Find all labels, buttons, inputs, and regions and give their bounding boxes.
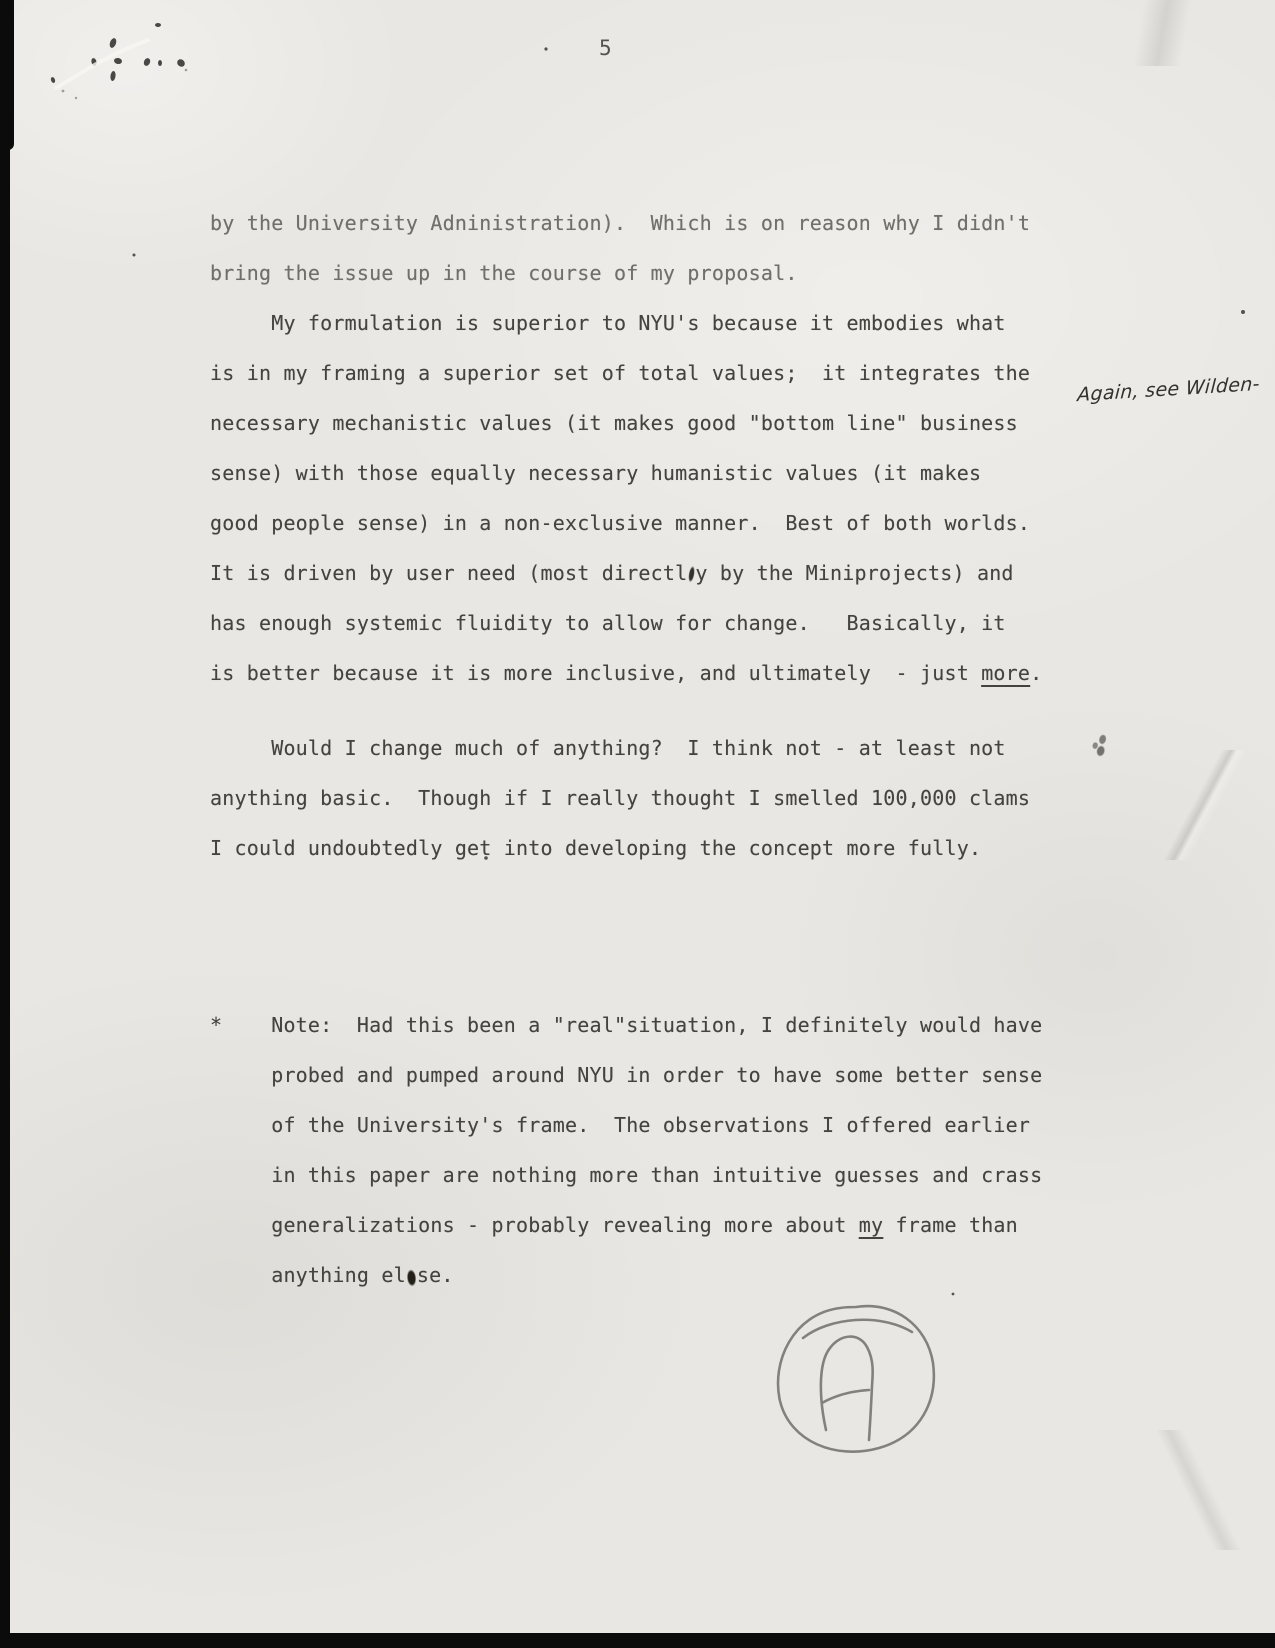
typed-line: anything basic. Though if I really thoug… bbox=[210, 773, 1060, 823]
typed-segment: Would I change much of anything? I think… bbox=[210, 736, 1006, 760]
scanned-document-page: 5 by the University Adninistration bbox=[0, 0, 1275, 1648]
paper-crease bbox=[1130, 750, 1275, 860]
typed-line: generalizations - probably revealing mor… bbox=[210, 1200, 1060, 1250]
typed-line: * Note: Had this been a "real"situation,… bbox=[210, 1000, 1060, 1050]
typed-line: bring the issue up in the course of my p… bbox=[210, 248, 1060, 298]
typed-segment: is in my framing a superior set of total… bbox=[210, 361, 1030, 385]
typed-line: Would I change much of anything? I think… bbox=[210, 723, 1060, 773]
typed-segment: se. bbox=[417, 1263, 454, 1287]
typed-segment: It is driven by user need (most directl bbox=[210, 561, 687, 585]
paragraph: Would I change much of anything? I think… bbox=[210, 723, 1060, 873]
typed-line: probed and pumped around NYU in order to… bbox=[210, 1050, 1060, 1100]
typed-segment: frame than bbox=[883, 1213, 1018, 1237]
typed-line: It is driven by user need (most directly… bbox=[210, 548, 1060, 598]
paper-crease bbox=[1050, 0, 1275, 66]
typed-segment: is better because it is more inclusive, … bbox=[210, 661, 981, 685]
paragraph: * Note: Had this been a "real"situation,… bbox=[210, 1000, 1060, 1300]
ink-specks bbox=[36, 18, 236, 108]
typed-line: anything else. bbox=[210, 1250, 1060, 1300]
typed-segment: probed and pumped around NYU in order to… bbox=[210, 1063, 1042, 1087]
grade-circle-double-stroke bbox=[803, 1320, 912, 1338]
typed-line: is in my framing a superior set of total… bbox=[210, 348, 1060, 398]
typed-segment: has enough systemic fluidity to allow fo… bbox=[210, 611, 1006, 635]
typed-segment: anything basic. Though if I really thoug… bbox=[210, 786, 1030, 810]
typed-line: has enough systemic fluidity to allow fo… bbox=[210, 598, 1060, 648]
typed-segment: I could undoubtedly get into developing … bbox=[210, 836, 981, 860]
typed-line: of the University's frame. The observati… bbox=[210, 1100, 1060, 1150]
grade-circle-stroke bbox=[778, 1306, 934, 1452]
typed-segment: y by the Miniprojects) and bbox=[695, 561, 1013, 585]
scan-edge-left bbox=[0, 0, 10, 1648]
typed-text: by the University Adninistration). Which… bbox=[210, 198, 1060, 1300]
typed-line: by the University Adninistration). Which… bbox=[210, 198, 1060, 248]
scan-edge-bottom bbox=[0, 1633, 1275, 1648]
typed-segment: bring the issue up in the course of my p… bbox=[210, 261, 798, 285]
scan-edge-left-top bbox=[0, 0, 14, 150]
typed-segment: My formulation is superior to NYU's beca… bbox=[210, 311, 1006, 335]
typed-line: My formulation is superior to NYU's beca… bbox=[210, 298, 1060, 348]
handwritten-margin-note: Again, see Wilden- bbox=[1077, 371, 1275, 406]
typed-line: I could undoubtedly get into developing … bbox=[210, 823, 1060, 873]
underlined-word: my bbox=[859, 1213, 883, 1237]
typed-segment: . bbox=[1030, 661, 1042, 685]
typed-segment: sense) with those equally necessary huma… bbox=[210, 461, 981, 485]
circled-a-icon bbox=[770, 1298, 948, 1463]
typed-line: is better because it is more inclusive, … bbox=[210, 648, 1060, 698]
paragraph: by the University Adninistration). Which… bbox=[210, 198, 1060, 698]
grade-letter-a-crossbar bbox=[822, 1390, 869, 1403]
typed-segment: of the University's frame. The observati… bbox=[210, 1113, 1030, 1137]
underlined-word: more bbox=[981, 661, 1030, 685]
typed-line: good people sense) in a non-exclusive ma… bbox=[210, 498, 1060, 548]
paper-crease bbox=[1120, 1430, 1275, 1550]
ink-smudge bbox=[1087, 729, 1112, 759]
typed-segment: * Note: Had this been a "real"situation,… bbox=[210, 1013, 1042, 1037]
typed-segment: good people sense) in a non-exclusive ma… bbox=[210, 511, 1030, 535]
typed-line: sense) with those equally necessary huma… bbox=[210, 448, 1060, 498]
grade-letter-a bbox=[821, 1337, 873, 1440]
typed-line: necessary mechanistic values (it makes g… bbox=[210, 398, 1060, 448]
typed-segment: by the University Adninistration). Which… bbox=[210, 211, 1030, 235]
typed-segment: anything el bbox=[210, 1263, 406, 1287]
typed-segment: necessary mechanistic values (it makes g… bbox=[210, 411, 1018, 435]
typed-line: in this paper are nothing more than intu… bbox=[210, 1150, 1060, 1200]
typed-segment: generalizations - probably revealing mor… bbox=[210, 1213, 859, 1237]
page-number: 5 bbox=[599, 36, 612, 60]
grade-annotation bbox=[770, 1298, 948, 1467]
typed-segment: in this paper are nothing more than intu… bbox=[210, 1163, 1042, 1187]
